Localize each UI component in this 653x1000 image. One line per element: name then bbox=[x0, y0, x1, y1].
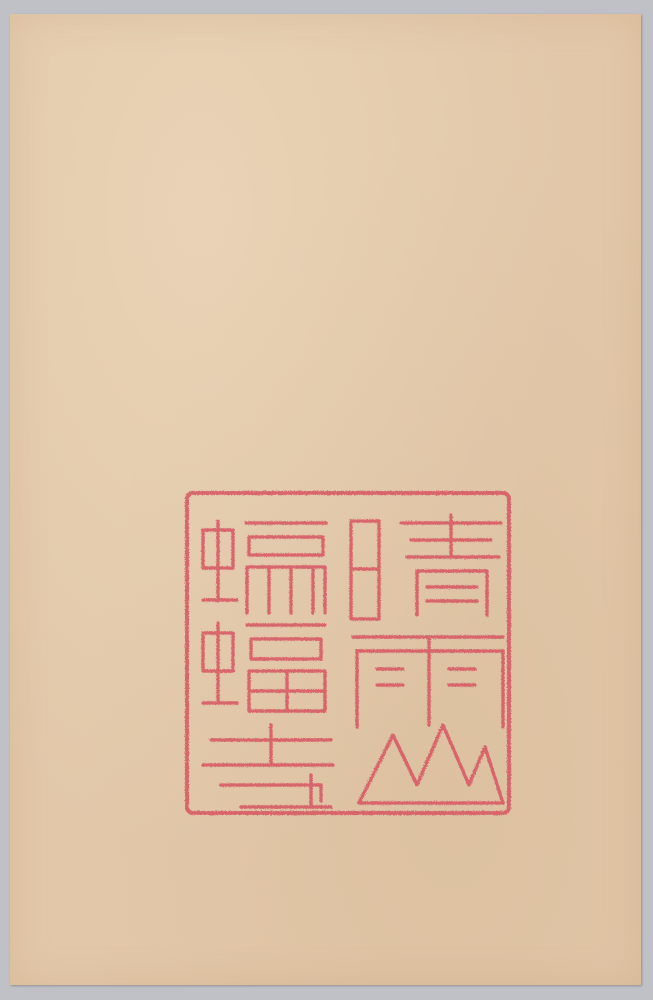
red-seal-stamp: 晴 雨 山 蝙 蝠 寺 bbox=[181, 485, 516, 818]
paper-card: 晴 雨 山 蝙 蝠 寺 bbox=[10, 14, 641, 985]
seal-impression-icon bbox=[181, 485, 516, 818]
